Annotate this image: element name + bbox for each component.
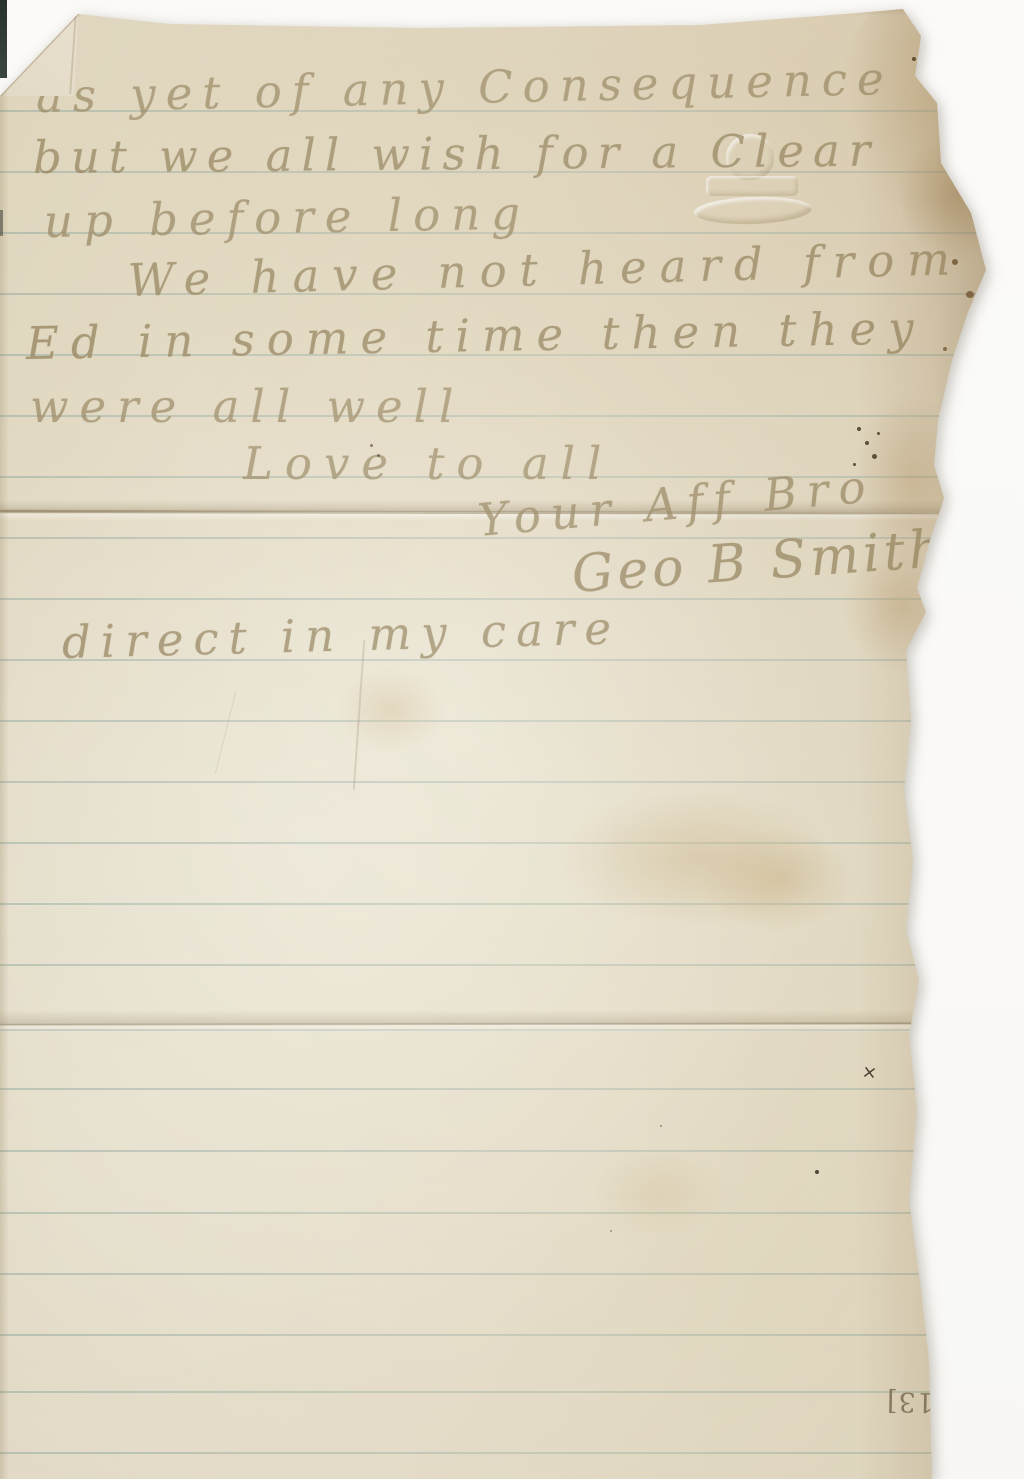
edge-brown-spot bbox=[974, 317, 979, 322]
scan-vignette bbox=[0, 0, 1024, 1479]
paper-shadow-wrap: as yet of any Consequence but we all wis… bbox=[0, 0, 1024, 1479]
edge-brown-spot bbox=[959, 90, 962, 93]
scanner-edge-artifact-small bbox=[0, 210, 3, 236]
letter-paper: as yet of any Consequence but we all wis… bbox=[0, 0, 1024, 1479]
scanned-letter-page: as yet of any Consequence but we all wis… bbox=[0, 0, 1024, 1479]
